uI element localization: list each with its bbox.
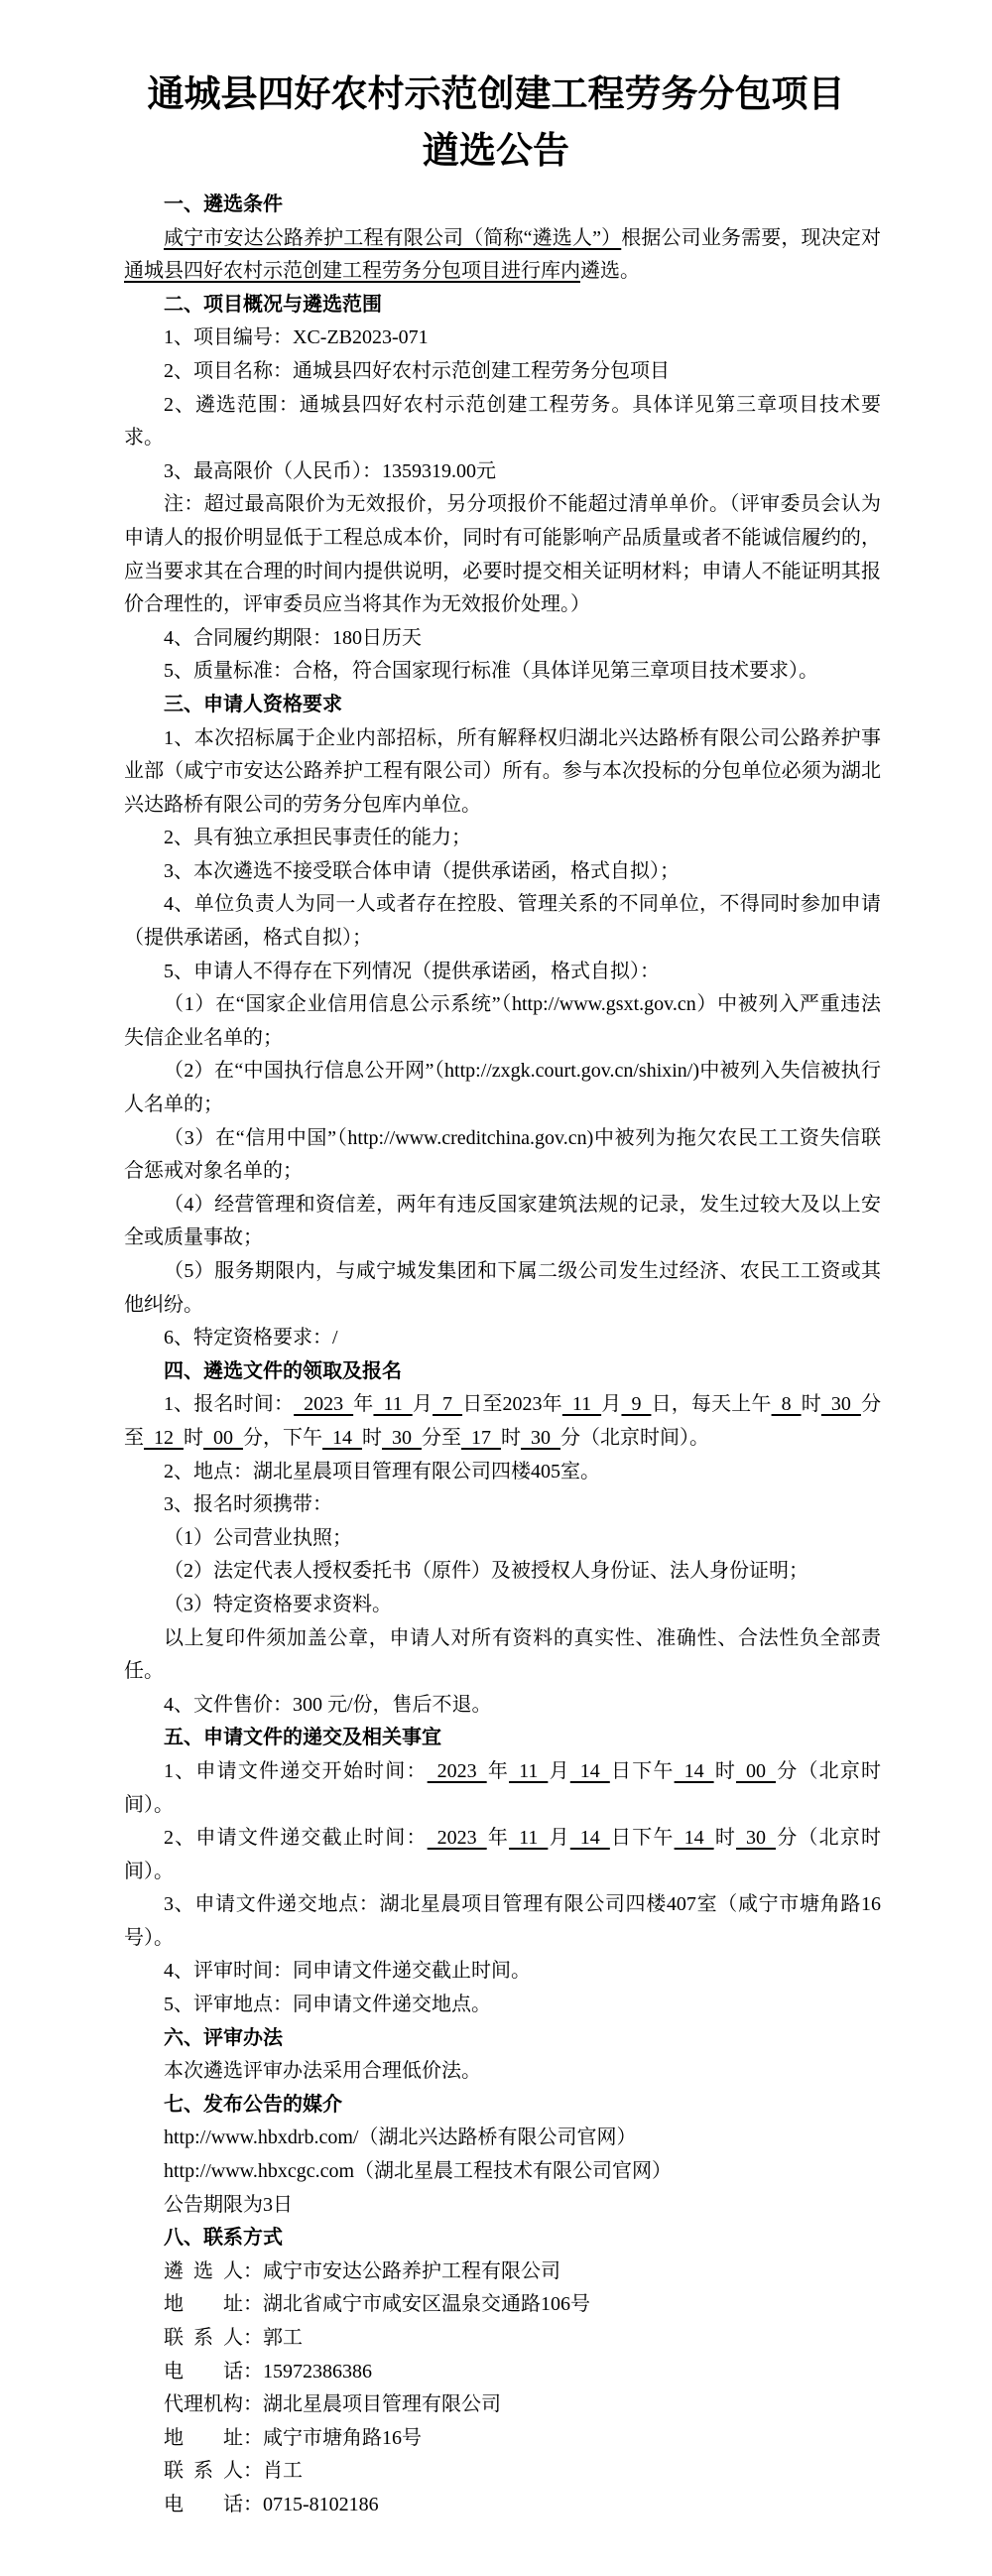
text-segment: 1、项目编号：XC-ZB2023-071 [164, 326, 429, 348]
text-segment: （3）特定资格要求资料。 [164, 1594, 392, 1615]
text-segment: 6、特定资格要求：/ [164, 1327, 338, 1349]
text-segment: 分（北京时间）。 [560, 1427, 709, 1449]
paragraph: 公告期限为3日 [124, 2189, 881, 2223]
text-segment: 注：超过最高限价为无效报价，另分项报价不能超过清单单价。（评审委员会认为申请人的… [124, 493, 881, 615]
section-heading: 七、发布公告的媒介 [124, 2089, 881, 2123]
paragraph: 2、地点：湖北星晨项目管理有限公司四楼405室。 [124, 1456, 881, 1489]
paragraph: 注：超过最高限价为无效报价，另分项报价不能超过清单单价。（评审委员会认为申请人的… [124, 488, 881, 621]
underlined-text: 7 [433, 1393, 462, 1415]
paragraph: 咸宁市安达公路养护工程有限公司（简称“遴选人”）根据公司业务需要，现决定对通城县… [124, 222, 881, 289]
paragraph: 本次遴选评审办法采用合理低价法。 [124, 2055, 881, 2089]
text-segment: 日至2023年 [462, 1393, 562, 1415]
text-segment: 5、质量标准：合格，符合国家现行标准（具体详见第三章项目技术要求）。 [164, 660, 818, 682]
underlined-text: 14 [322, 1427, 362, 1449]
text-segment: 遴 选 人：咸宁市安达公路养护工程有限公司 [164, 2260, 560, 2282]
section-heading: 一、遴选条件 [124, 189, 881, 222]
paragraph: 2、遴选范围：通城县四好农村示范创建工程劳务。具体详见第三章项目技术要求。 [124, 389, 881, 455]
underlined-text: 17 [461, 1427, 501, 1449]
text-segment: 遴选。 [580, 260, 640, 282]
underlined-text: 00 [736, 1760, 776, 1782]
paragraph: 4、单位负责人为同一人或者存在控股、管理关系的不同单位，不得同时参加申请（提供承… [124, 888, 881, 955]
paragraph: 2、具有独立承担民事责任的能力； [124, 822, 881, 855]
announcement-page: 通城县四好农村示范创建工程劳务分包项目 遒选公告 一、遴选条件咸宁市安达公路养护… [0, 0, 992, 2576]
text-segment: 4、文件售价：300 元/份，售后不退。 [164, 1694, 492, 1716]
paragraph: 4、合同履约期限：180日历天 [124, 622, 881, 656]
text-segment: 七、发布公告的媒介 [164, 2094, 342, 2116]
section-heading: 八、联系方式 [124, 2222, 881, 2255]
text-segment: 4、单位负责人为同一人或者存在控股、管理关系的不同单位，不得同时参加申请（提供承… [124, 893, 881, 949]
paragraph: 代理机构：湖北星晨项目管理有限公司 [124, 2388, 881, 2422]
paragraph: （2）法定代表人授权委托书（原件）及被授权人身份证、法人身份证明； [124, 1555, 881, 1589]
underlined-text: 00 [203, 1427, 243, 1449]
text-segment: 1、本次招标属于企业内部招标，所有解释权归湖北兴达路桥有限公司公路养护事业部（咸… [124, 727, 881, 816]
paragraph: 5、质量标准：合格，符合国家现行标准（具体详见第三章项目技术要求）。 [124, 655, 881, 689]
text-segment: 分至 [422, 1427, 461, 1449]
underlined-text: 8 [772, 1393, 802, 1415]
underlined-text: 11 [373, 1393, 412, 1415]
underlined-text: 14 [570, 1760, 610, 1782]
text-segment: 时 [501, 1427, 521, 1449]
paragraph: 2、项目名称：通城县四好农村示范创建工程劳务分包项目 [124, 355, 881, 389]
section-heading: 三、申请人资格要求 [124, 689, 881, 722]
text-segment: （3）在“信用中国”（http://www.creditchina.gov.cn… [124, 1127, 881, 1183]
paragraph: （4）经营管理和资信差，两年有违反国家建筑法规的记录，发生过较大及以上安全或质量… [124, 1189, 881, 1255]
text-segment: http://www.hbxcgc.com（湖北星晨工程技术有限公司官网） [164, 2160, 672, 2182]
paragraph: 1、项目编号：XC-ZB2023-071 [124, 322, 881, 355]
paragraph: 1、本次招标属于企业内部招标，所有解释权归湖北兴达路桥有限公司公路养护事业部（咸… [124, 722, 881, 823]
text-segment: 八、联系方式 [164, 2227, 283, 2249]
text-segment: 时 [184, 1427, 203, 1449]
paragraph: 4、评审时间：同申请文件递交截止时间。 [124, 1955, 881, 1989]
paragraph: 电 话：0715-8102186 [124, 2489, 881, 2522]
text-segment: 1、报名时间： [164, 1393, 294, 1415]
text-segment: 联 系 人：郭工 [164, 2327, 303, 2349]
paragraph: （3）在“信用中国”（http://www.creditchina.gov.cn… [124, 1122, 881, 1189]
text-segment: 2、申请文件递交截止时间： [164, 1827, 428, 1849]
text-segment: 2、遴选范围：通城县四好农村示范创建工程劳务。具体详见第三章项目技术要求。 [124, 394, 881, 450]
text-segment: （5）服务期限内，与咸宁城发集团和下属二级公司发生过经济、农民工工资或其他纠纷。 [124, 1260, 881, 1316]
underlined-text: 30 [382, 1427, 422, 1449]
text-segment: （1）公司营业执照； [164, 1527, 352, 1549]
text-segment: 日下午 [610, 1827, 675, 1849]
underlined-text: 2023 [428, 1760, 487, 1782]
text-segment: 2、地点：湖北星晨项目管理有限公司四楼405室。 [164, 1461, 600, 1482]
text-segment: 公告期限为3日 [164, 2194, 293, 2216]
paragraph: （3）特定资格要求资料。 [124, 1589, 881, 1622]
underlined-text: 11 [562, 1393, 601, 1415]
paragraph: （1）公司营业执照； [124, 1522, 881, 1556]
text-segment: 月 [413, 1393, 433, 1415]
text-segment: 联 系 人：肖工 [164, 2460, 303, 2482]
text-segment: 一、遴选条件 [164, 193, 283, 215]
text-segment: 月 [601, 1393, 621, 1415]
text-segment: 月 [548, 1760, 569, 1782]
text-segment: 地 址：咸宁市塘角路16号 [164, 2427, 422, 2449]
underlined-text: 11 [509, 1760, 548, 1782]
text-segment: 时 [362, 1427, 382, 1449]
paragraph: 4、文件售价：300 元/份，售后不退。 [124, 1689, 881, 1723]
underlined-text: 14 [675, 1827, 714, 1849]
paragraph: http://www.hbxcgc.com（湖北星晨工程技术有限公司官网） [124, 2155, 881, 2189]
paragraph: 3、最高限价（人民币）：1359319.00元 [124, 455, 881, 489]
paragraph: （2）在“中国执行信息公开网”（http://zxgk.court.gov.cn… [124, 1055, 881, 1121]
text-segment: 3、申请文件递交地点：湖北星晨项目管理有限公司四楼407室（咸宁市塘角路16号）… [124, 1893, 881, 1949]
paragraph: 3、本次遴选不接受联合体申请（提供承诺函，格式自拟）； [124, 855, 881, 889]
paragraph: 3、申请文件递交地点：湖北星晨项目管理有限公司四楼407室（咸宁市塘角路16号）… [124, 1888, 881, 1955]
text-segment: http://www.hbxdrb.com/（湖北兴达路桥有限公司官网） [164, 2126, 636, 2148]
text-segment: 本次遴选评审办法采用合理低价法。 [164, 2060, 481, 2082]
paragraph: 1、申请文件递交开始时间： 2023 年 11 月 14 日下午 14 时 00… [124, 1755, 881, 1822]
text-segment: 月 [548, 1827, 569, 1849]
text-segment: 五、申请文件的递交及相关事宜 [164, 1727, 441, 1748]
paragraph: 地 址：湖北省咸宁市咸安区温泉交通路106号 [124, 2288, 881, 2322]
document-title: 通城县四好农村示范创建工程劳务分包项目 遒选公告 [0, 0, 992, 179]
document-title-line1: 通城县四好农村示范创建工程劳务分包项目 [0, 65, 992, 122]
text-segment: 四、遴选文件的领取及报名 [164, 1360, 402, 1382]
paragraph: 电 话：15972386386 [124, 2356, 881, 2389]
text-segment: 时 [714, 1827, 736, 1849]
text-segment: 日，每天上午 [651, 1393, 771, 1415]
underlined-text: 9 [621, 1393, 651, 1415]
text-segment: （4）经营管理和资信差，两年有违反国家建筑法规的记录，发生过较大及以上安全或质量… [124, 1194, 881, 1249]
underlined-text: 12 [144, 1427, 184, 1449]
paragraph: 2、申请文件递交截止时间： 2023 年 11 月 14 日下午 14 时 30… [124, 1822, 881, 1888]
document-body: 一、遴选条件咸宁市安达公路养护工程有限公司（简称“遴选人”）根据公司业务需要，现… [124, 189, 881, 2522]
underlined-text: 14 [675, 1760, 714, 1782]
underlined-text: 30 [821, 1393, 861, 1415]
underlined-text: 2023 [294, 1393, 353, 1415]
paragraph: （5）服务期限内，与咸宁城发集团和下属二级公司发生过经济、农民工工资或其他纠纷。 [124, 1255, 881, 1322]
paragraph: （1）在“国家企业信用信息公示系统”（http://www.gsxt.gov.c… [124, 988, 881, 1055]
paragraph: 联 系 人：肖工 [124, 2455, 881, 2489]
text-segment: 年 [487, 1827, 509, 1849]
text-segment: （2）法定代表人授权委托书（原件）及被授权人身份证、法人身份证明； [164, 1560, 808, 1582]
text-segment: 以上复印件须加盖公章，申请人对所有资料的真实性、准确性、合法性负全部责任。 [124, 1627, 881, 1683]
text-segment: 年 [487, 1760, 509, 1782]
section-heading: 四、遴选文件的领取及报名 [124, 1355, 881, 1389]
paragraph: 6、特定资格要求：/ [124, 1322, 881, 1355]
text-segment: 电 话：0715-8102186 [164, 2494, 379, 2515]
text-segment: 年 [353, 1393, 373, 1415]
text-segment: 3、最高限价（人民币）：1359319.00元 [164, 460, 496, 482]
text-segment: 时 [714, 1760, 736, 1782]
section-heading: 五、申请文件的递交及相关事宜 [124, 1722, 881, 1755]
text-segment: 时 [802, 1393, 821, 1415]
paragraph: 地 址：咸宁市塘角路16号 [124, 2422, 881, 2456]
text-segment: 代理机构：湖北星晨项目管理有限公司 [164, 2393, 501, 2415]
text-segment: 2、项目名称：通城县四好农村示范创建工程劳务分包项目 [164, 360, 670, 382]
text-segment: 1、申请文件递交开始时间： [164, 1760, 428, 1782]
text-segment: 电 话：15972386386 [164, 2361, 372, 2383]
text-segment: 3、报名时须携带： [164, 1493, 332, 1515]
text-segment: 地 址：湖北省咸宁市咸安区温泉交通路106号 [164, 2293, 590, 2315]
section-heading: 六、评审办法 [124, 2022, 881, 2056]
paragraph: 联 系 人：郭工 [124, 2322, 881, 2356]
text-segment: 六、评审办法 [164, 2027, 283, 2049]
paragraph: http://www.hbxdrb.com/（湖北兴达路桥有限公司官网） [124, 2122, 881, 2155]
text-segment: 三、申请人资格要求 [164, 694, 342, 715]
underlined-text: 11 [509, 1827, 548, 1849]
text-segment: 二、项目概况与遴选范围 [164, 294, 382, 316]
text-segment: 5、评审地点：同申请文件递交地点。 [164, 1994, 491, 2015]
text-segment: 根据公司业务需要，现决定对 [621, 227, 881, 249]
paragraph: 遴 选 人：咸宁市安达公路养护工程有限公司 [124, 2255, 881, 2289]
section-heading: 二、项目概况与遴选范围 [124, 289, 881, 322]
document-title-line2: 遒选公告 [0, 122, 992, 179]
text-segment: 日下午 [610, 1760, 675, 1782]
text-segment: 5、申请人不得存在下列情况（提供承诺函，格式自拟）： [164, 961, 660, 982]
paragraph: 1、报名时间： 2023 年 11 月 7 日至2023年 11 月 9 日，每… [124, 1388, 881, 1455]
underlined-text: 咸宁市安达公路养护工程有限公司（简称“遴选人”） [164, 227, 621, 249]
paragraph: 3、报名时须携带： [124, 1488, 881, 1522]
underlined-text: 30 [521, 1427, 560, 1449]
text-segment: （2）在“中国执行信息公开网”（http://zxgk.court.gov.cn… [124, 1060, 881, 1115]
underlined-text: 通城县四好农村示范创建工程劳务分包项目进行库内 [124, 260, 580, 282]
text-segment: 分，下午 [243, 1427, 322, 1449]
paragraph: 5、评审地点：同申请文件递交地点。 [124, 1989, 881, 2022]
paragraph: 5、申请人不得存在下列情况（提供承诺函，格式自拟）： [124, 956, 881, 989]
underlined-text: 14 [570, 1827, 610, 1849]
text-segment: 4、合同履约期限：180日历天 [164, 627, 422, 649]
text-segment: 3、本次遴选不接受联合体申请（提供承诺函，格式自拟）； [164, 860, 680, 882]
underlined-text: 2023 [428, 1827, 487, 1849]
text-segment: （1）在“国家企业信用信息公示系统”（http://www.gsxt.gov.c… [124, 993, 881, 1049]
paragraph: 以上复印件须加盖公章，申请人对所有资料的真实性、准确性、合法性负全部责任。 [124, 1622, 881, 1689]
text-segment: 2、具有独立承担民事责任的能力； [164, 827, 471, 848]
underlined-text: 30 [736, 1827, 776, 1849]
text-segment: 4、评审时间：同申请文件递交截止时间。 [164, 1960, 531, 1982]
